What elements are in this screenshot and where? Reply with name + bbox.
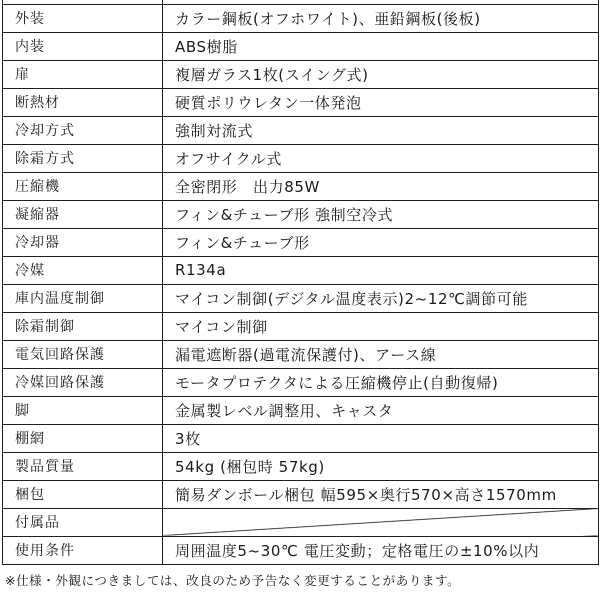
spec-table-body: 外装カラー鋼板(オフホワイト)、亜鉛鋼板(後板)内装ABS樹脂扉複層ガラス1枚(… xyxy=(3,0,599,564)
spec-label: 除霜方式 xyxy=(3,144,163,172)
table-row: 庫内温度制御マイコン制御(デジタル温度表示)2~12℃調節可能 xyxy=(3,284,599,312)
spec-label: 凝縮器 xyxy=(3,200,163,228)
spec-value-empty-diagonal xyxy=(163,508,599,536)
table-row: 内装ABS樹脂 xyxy=(3,32,599,60)
spec-value: 全密閉形 出力85W xyxy=(163,172,599,200)
table-row: 梱包簡易ダンボール梱包 幅595×奥行570×高さ1570mm xyxy=(3,480,599,508)
table-row: 凝縮器フィン&チューブ形 強制空冷式 xyxy=(3,200,599,228)
table-row: 使用条件周囲温度5~30℃ 電圧変動；定格電圧の±10%以内 xyxy=(3,536,599,564)
spec-value: 複層ガラス1枚(スイング式) xyxy=(163,60,599,88)
spec-label: 製品質量 xyxy=(3,452,163,480)
spec-value: 金属製レベル調整用、キャスタ xyxy=(163,396,599,424)
spec-value: 周囲温度5~30℃ 電圧変動；定格電圧の±10%以内 xyxy=(163,536,599,564)
spec-label: 断熱材 xyxy=(3,88,163,116)
table-row: 扉複層ガラス1枚(スイング式) xyxy=(3,60,599,88)
spec-label: 冷却方式 xyxy=(3,116,163,144)
table-row: 圧縮機全密閉形 出力85W xyxy=(3,172,599,200)
spec-value: フィン&チューブ形 xyxy=(163,228,599,256)
spec-label: 扉 xyxy=(3,60,163,88)
table-row: 製品質量54kg (梱包時 57kg) xyxy=(3,452,599,480)
spec-value: 強制対流式 xyxy=(163,116,599,144)
table-row: 脚金属製レベル調整用、キャスタ xyxy=(3,396,599,424)
spec-label: 冷媒回路保護 xyxy=(3,368,163,396)
spec-label: 冷媒 xyxy=(3,256,163,284)
spec-label: 梱包 xyxy=(3,480,163,508)
table-row: 付属品 xyxy=(3,508,599,536)
spec-value: マイコン制御 xyxy=(163,312,599,340)
table-row: 冷却器フィン&チューブ形 xyxy=(3,228,599,256)
spec-label: 圧縮機 xyxy=(3,172,163,200)
spec-label: 庫内温度制御 xyxy=(3,284,163,312)
spec-sheet-page: 外装カラー鋼板(オフホワイト)、亜鉛鋼板(後板)内装ABS樹脂扉複層ガラス1枚(… xyxy=(0,0,610,610)
table-row: 外装カラー鋼板(オフホワイト)、亜鉛鋼板(後板) xyxy=(3,4,599,32)
spec-value: 簡易ダンボール梱包 幅595×奥行570×高さ1570mm xyxy=(163,480,599,508)
table-row: 冷媒回路保護モータプロテクタによる圧縮機停止(自動復帰) xyxy=(3,368,599,396)
spec-value: マイコン制御(デジタル温度表示)2~12℃調節可能 xyxy=(163,284,599,312)
spec-table: 外装カラー鋼板(オフホワイト)、亜鉛鋼板(後板)内装ABS樹脂扉複層ガラス1枚(… xyxy=(2,0,599,565)
table-row: 棚網3枚 xyxy=(3,424,599,452)
table-row: 電気回路保護漏電遮断器(過電流保護付)、アース線 xyxy=(3,340,599,368)
footnote: ※仕様・外観につきましては、改良のため予告なく変更することがあります。 xyxy=(5,571,610,589)
spec-label: 棚網 xyxy=(3,424,163,452)
table-row: 冷媒R134a xyxy=(3,256,599,284)
spec-value: 硬質ポリウレタン一体発泡 xyxy=(163,88,599,116)
table-row: 断熱材硬質ポリウレタン一体発泡 xyxy=(3,88,599,116)
spec-label: 外装 xyxy=(3,4,163,32)
spec-value: オフサイクル式 xyxy=(163,144,599,172)
spec-value: フィン&チューブ形 強制空冷式 xyxy=(163,200,599,228)
spec-label: 使用条件 xyxy=(3,536,163,564)
spec-value: ABS樹脂 xyxy=(163,32,599,60)
spec-label: 付属品 xyxy=(3,508,163,536)
spec-label: 冷却器 xyxy=(3,228,163,256)
spec-value: モータプロテクタによる圧縮機停止(自動復帰) xyxy=(163,368,599,396)
spec-value: R134a xyxy=(163,256,599,284)
spec-value: 54kg (梱包時 57kg) xyxy=(163,452,599,480)
spec-label: 内装 xyxy=(3,32,163,60)
table-row: 除霜方式オフサイクル式 xyxy=(3,144,599,172)
spec-value: カラー鋼板(オフホワイト)、亜鉛鋼板(後板) xyxy=(163,4,599,32)
spec-label: 除霜制御 xyxy=(3,312,163,340)
spec-label: 電気回路保護 xyxy=(3,340,163,368)
spec-label: 脚 xyxy=(3,396,163,424)
table-row: 除霜制御マイコン制御 xyxy=(3,312,599,340)
table-row: 冷却方式強制対流式 xyxy=(3,116,599,144)
spec-value: 3枚 xyxy=(163,424,599,452)
spec-value: 漏電遮断器(過電流保護付)、アース線 xyxy=(163,340,599,368)
